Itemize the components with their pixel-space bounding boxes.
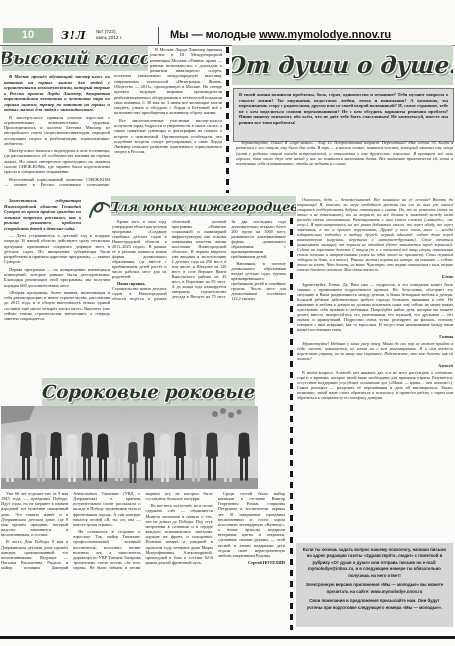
headline-soul: От души о душе! — [232, 52, 453, 79]
masthead: Мы — молодые www.mymolodye.nnov.ru — [170, 29, 391, 41]
ski-paragraph: Все многочисленные участники мастер-клас… — [114, 118, 222, 155]
letter-signature: Елена — [297, 274, 453, 279]
page-bottom-rule — [0, 636, 455, 639]
newspaper-logo: З!Л — [61, 29, 87, 42]
soul-intro-box: В твоей жизни возникли проблемы, боль, с… — [233, 88, 454, 142]
letter-signature: Алексей — [297, 363, 453, 368]
headline-kids: Для юных нижегородцев — [111, 199, 296, 214]
ski-paragraph: Всесезонный горнолыжный комплекс СНЕЖ.КО… — [4, 177, 110, 186]
reader-letter: Оказалось, беда — девочка-инвалид. Всё в… — [297, 197, 453, 272]
kids-paragraph: Кроме того, в этом году утверждена облас… — [112, 219, 167, 279]
banner-runaround-spacer — [114, 47, 150, 73]
feedback-note: Свои пожелания и предложения присылайте … — [302, 598, 447, 611]
victory-paragraph: Среди гостей были майор милиции в отстав… — [218, 491, 285, 558]
ski-column-1: В Москве прошёл обучающий мастер-класс п… — [4, 74, 110, 186]
kids-left-column: Заместитель губернатора Нижегородской об… — [4, 198, 110, 376]
victory-body: Уже 66 лет отделяет нас от 9 мая 1945 го… — [1, 491, 285, 632]
kids-lead: Заместитель губернатора Нижегородской об… — [4, 198, 110, 231]
column-rule-bottom — [290, 196, 293, 630]
contact-info-box: Если ты хочешь задать вопрос нашему псих… — [296, 543, 453, 627]
page-number: 10 — [3, 28, 53, 43]
victory-intro: Уже 66 лет отделяет нас от 9 мая 1945 го… — [1, 491, 68, 537]
kids-paragraph: — Дети устраиваются в детский сад в поря… — [4, 233, 110, 265]
reply-signature: Галина — [297, 334, 453, 339]
ornament-swirl-icon — [83, 198, 110, 221]
contact-instructions: Если ты хочешь задать вопрос нашему псих… — [302, 547, 447, 579]
banner-kids: Для юных нижегородцев — [111, 196, 296, 216]
masthead-title: Мы — молодые — [170, 29, 256, 41]
issue-info: №7 (722), июль 2012 г. — [96, 29, 122, 41]
banner-victory: Сороковые роковые — [42, 378, 255, 406]
ski-lead: В Москве прошёл обучающий мастер-класс п… — [4, 74, 110, 113]
kids-paragraph: Напомним, в систему дошкольного образова… — [231, 261, 286, 301]
kids-paragraph: «Вторая программа, более важная, включаю… — [4, 290, 110, 322]
issue-date: июль 2012 г. — [96, 35, 122, 41]
reader-letter: Здравствуйте, Ольга! Я «горе-мама»… Ему … — [236, 140, 453, 166]
masthead-url[interactable]: www.mymolodye.nnov.ru — [259, 29, 391, 41]
column-rule-top — [226, 47, 229, 193]
victory-paragraph: Но вот весь зал встаёт, не в силах сдерж… — [146, 503, 213, 565]
header-divider — [158, 27, 159, 44]
online-version-note: Электронную версию приложения «Мы — моло… — [302, 582, 447, 595]
kids-body: Кроме того, в этом году утверждена облас… — [112, 219, 286, 376]
ski-paragraph: Мастер-класс начался с видеоурока в зале… — [4, 148, 110, 174]
newspaper-page: 10 З!Л №7 (722), июль 2012 г. Мы — молод… — [0, 0, 455, 646]
author-signature: Сергей ПОТЕХИН — [218, 560, 285, 565]
ski-paragraph: В мастер-классе приняли участие взрослые… — [4, 115, 110, 147]
headline-victory: Сороковые роковые — [42, 382, 255, 403]
banner-soul: От души о душе! — [232, 45, 453, 85]
soul-letters-column: Оказалось, беда — девочка-инвалид. Всё в… — [297, 197, 453, 541]
reader-letter: Здравствуйте! Недавно у меня умер отец. … — [297, 341, 453, 361]
psychologist-reply: Здравствуйте, Елена. Да, Ваш сын — подро… — [297, 282, 453, 332]
group-photo-illustration — [1, 406, 258, 489]
kids-paragraph: Первая программа — по возвращению имеющи… — [4, 267, 110, 288]
ski-column-2: В Москве Лорди Линемер приняла участие в… — [114, 47, 222, 190]
psychologist-reply: В твоём вопросе, Алексей, нет никаких да… — [297, 370, 453, 400]
soul-letters-wide: Здравствуйте, Ольга! Я «горе-мама»… Ему … — [236, 140, 453, 195]
group-photo — [1, 406, 258, 489]
